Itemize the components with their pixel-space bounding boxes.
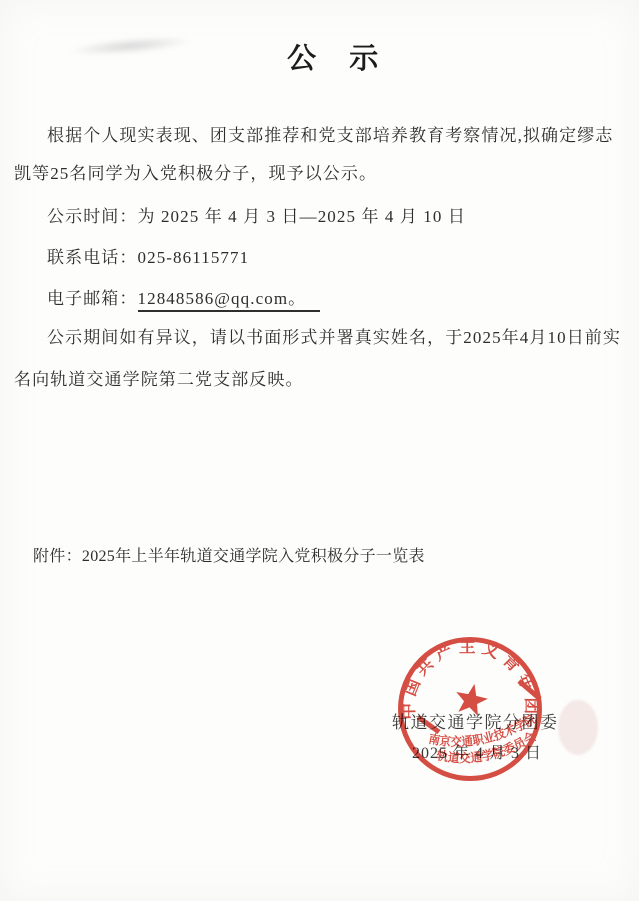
email-label: 电子邮箱： — [47, 289, 138, 308]
stamp-star-icon — [452, 681, 490, 718]
attachment-line: 附件：2025年上半年轨道交通学院入党积极分子一览表 — [33, 543, 425, 566]
paragraph1-line1: 根据个人现实表现、团支部推荐和党支部培养教育考察情况,拟确定缪志 — [47, 121, 613, 146]
stamp-left-dash — [418, 717, 439, 732]
paragraph2-line1: 公示期间如有异议，请以书面形式并署真实姓名，于2025年4月10日前实 — [47, 323, 621, 348]
notice-period-line: 公示时间：为 2025 年 4 月 3 日—2025 年 4 月 10 日 — [47, 202, 466, 227]
paragraph1-line2: 凯等25名同学为入党积极分子，现予以公示。 — [14, 159, 377, 184]
email-line: 电子邮箱：12848586@qq.com。 — [47, 284, 320, 312]
contact-phone-line: 联系电话：025-86115771 — [47, 243, 249, 268]
official-seal-stamp: 中国共产主义青年团 南京交通职业技术学院 轨道交通学院委员会 — [390, 629, 550, 789]
scanned-notice-document: 公 示 根据个人现实表现、团支部推荐和党支部培养教育考察情况,拟确定缪志 凯等2… — [0, 0, 639, 901]
email-address: 12848586@qq.com。 — [138, 284, 321, 312]
paragraph2-line2: 名向轨道交通学院第二党支部反映。 — [14, 365, 304, 390]
pencil-smudge — [68, 33, 194, 60]
page-title: 公 示 — [287, 36, 391, 77]
ink-speckle — [558, 700, 598, 755]
